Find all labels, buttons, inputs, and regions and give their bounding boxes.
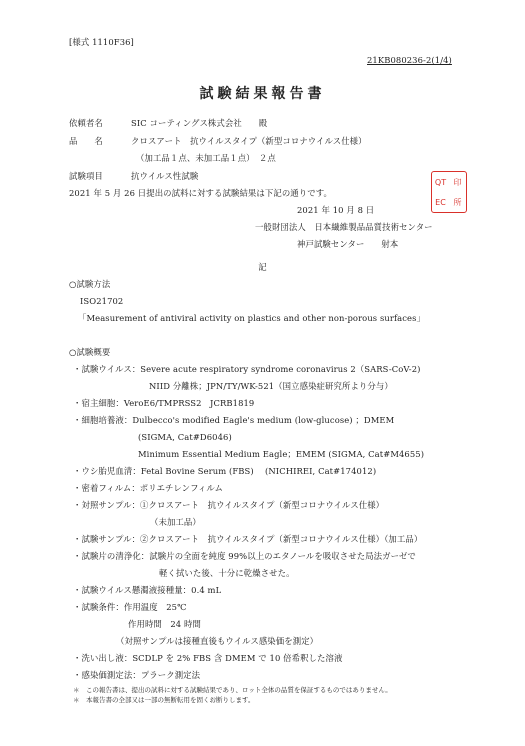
overview-line: （対照サンプルは接種直後もウイルス感染価を測定）: [116, 635, 318, 647]
method-standard: ISO21702: [80, 295, 123, 307]
overview-line: ・試験ウイルス：Severe acute respiratory syndrom…: [73, 363, 421, 375]
stamp-char: QT: [432, 178, 449, 187]
overview-line: NIID 分離株；JPN/TY/WK-521（国立感染症研究所より分与）: [149, 380, 393, 392]
overview-line: (SIGMA, Cat#D6046): [138, 431, 232, 443]
overview-line: ・細胞培養液：Dulbecco's modified Eagle's mediu…: [73, 414, 394, 426]
overview-line: 作用時間 24 時間: [128, 618, 201, 630]
issue-date: 2021 年 10 月 8 日: [297, 204, 374, 216]
client-value: SIC コーティングス株式会社 殿: [131, 117, 267, 129]
issuer-organization: 一般財団法人 日本繊維製品品質技術センター: [255, 221, 433, 233]
test-item-value: 抗ウイルス性試験: [131, 170, 198, 182]
overview-line: Minimum Essential Medium Eagle；EMEM (SIG…: [138, 448, 424, 460]
overview-line: （未加工品）: [150, 516, 201, 528]
page-title: 試験結果報告書: [0, 83, 525, 103]
method-standard-title: 「Measurement of antiviral activity on pl…: [78, 312, 425, 324]
overview-line: ・試験条件：作用温度 25℃: [73, 601, 187, 613]
note-heading: 記: [0, 261, 525, 273]
overview-heading: ○試験概要: [69, 346, 110, 358]
product-value-2: （加工品１点、未加工品１点） ２点: [136, 152, 276, 164]
overview-line: ・洗い出し液：SCDLP を 2% FBS 含 DMEM で 10 倍希釈した溶…: [73, 652, 342, 664]
overview-line: ・密着フィルム：ポリエチレンフィルム: [73, 482, 223, 494]
overview-line: ・感染価測定法：プラーク測定法: [73, 669, 200, 681]
stamp-char: 印: [449, 178, 466, 187]
stamp-char: 所: [449, 198, 466, 207]
footnote: ＊ 本報告書の全部又は一部の無断転用を固くお断りします。: [73, 696, 254, 705]
product-value: クロスアート 抗ウイルスタイプ（新型コロナウイルス仕様）: [131, 135, 367, 147]
statement: 2021 年 5 月 26 日提出の試料に対する試験結果は下記の通りです。: [69, 187, 332, 199]
overview-line: ・宿主細胞：VeroE6/TMPRSS2 JCRB1819: [73, 397, 254, 409]
overview-line: ・対照サンプル：①クロスアート 抗ウイルスタイプ（新型コロナウイルス仕様）: [73, 499, 384, 511]
footnote: ＊ この報告書は、提出の試料に対する試験結果であり、ロット全体の品質を保証するも…: [73, 686, 392, 695]
form-id: [様式 1110F36]: [69, 36, 134, 48]
overview-line: ・試験片の清浄化：試験片の全面を純度 99%以上のエタノールを吸収させた局法ガー…: [73, 550, 416, 562]
stamp-char: EC: [432, 198, 449, 207]
overview-line: ・ウシ胎児血清：Fetal Bovine Serum (FBS) (NICHIR…: [73, 465, 376, 477]
method-heading: ○試験方法: [69, 278, 110, 290]
client-label: 依頼者名: [69, 117, 103, 129]
issuer-branch: 神戸試験センター 射本: [297, 238, 398, 250]
document-number: 21KB080236-2(1/4): [367, 54, 452, 66]
overview-line: ・試験サンプル：②クロスアート 抗ウイルスタイプ（新型コロナウイルス仕様）（加工…: [73, 533, 422, 545]
overview-line: ・試験ウイルス懸濁液接種量：0.4 mL: [73, 584, 221, 596]
overview-line: 軽く拭いた後、十分に乾燥させた。: [159, 567, 295, 579]
test-item-label: 試験項目: [69, 170, 103, 182]
official-seal-stamp: QT 印 EC 所: [431, 171, 467, 213]
product-label: 品 名: [69, 135, 103, 147]
